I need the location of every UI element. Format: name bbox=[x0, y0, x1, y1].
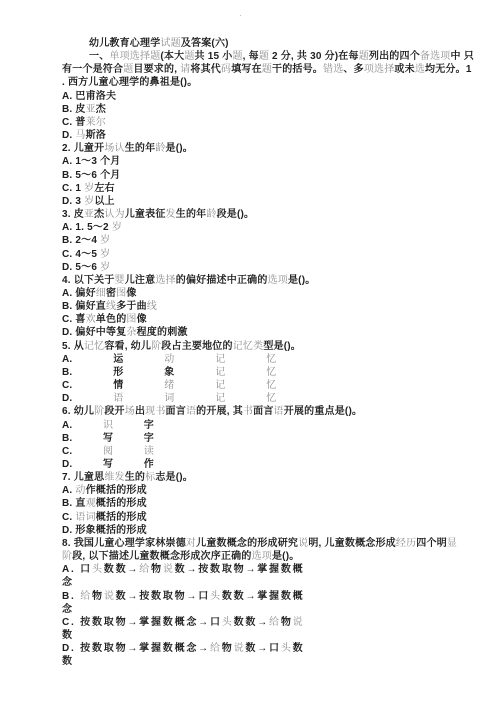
text-segment: 说 bbox=[104, 591, 116, 602]
text-segment: 维发 bbox=[104, 472, 124, 483]
text-segment: 6. 幼儿 bbox=[62, 406, 94, 417]
option-line-17: C. 4～5 岁 bbox=[62, 248, 457, 261]
option-wrap-line-48: 数 bbox=[62, 655, 457, 668]
text-segment: 物 bbox=[281, 617, 293, 628]
text-segment: D. 3 bbox=[62, 196, 84, 207]
text-segment: 给 bbox=[139, 564, 151, 575]
text-segment: 出 bbox=[135, 406, 145, 417]
option-line-45: C. 按数取物→掌握数概念→口头数数→给物说 bbox=[62, 616, 457, 629]
text-segment: 、多 bbox=[343, 64, 363, 75]
option-line-6: B. 皮亚杰 bbox=[62, 103, 457, 116]
text-segment: 婴 bbox=[115, 275, 125, 286]
text-segment: 数数→ bbox=[104, 564, 139, 575]
text-segment: A. 运 bbox=[62, 354, 164, 365]
text-segment: 记 bbox=[215, 380, 225, 391]
text-segment: 给 bbox=[210, 643, 222, 654]
text-segment: A. 偏好 bbox=[62, 288, 96, 299]
text-segment: 中 只 bbox=[451, 51, 474, 62]
text-segment bbox=[225, 393, 266, 404]
text-segment: B. 2～4 bbox=[62, 235, 100, 246]
option-line-43: B. 给物说数→按数取物→口头数数→掌握数概 bbox=[62, 590, 457, 603]
text-segment: 共 15 小 bbox=[195, 51, 233, 62]
option-line-30: A. 识 字 bbox=[62, 419, 457, 432]
text-segment: D. 写 作 bbox=[62, 459, 154, 470]
text-segment: 题 bbox=[123, 64, 133, 75]
text-segment: 题 bbox=[259, 51, 269, 62]
text-segment: 现书 bbox=[145, 406, 165, 417]
text-segment: 及答案(六) bbox=[181, 38, 229, 49]
text-segment: A. 1～3 个月 bbox=[62, 156, 120, 167]
text-segment: 说 bbox=[234, 643, 246, 654]
text-segment: 图 bbox=[126, 314, 136, 325]
text-segment: 密 bbox=[106, 288, 116, 299]
text-segment: 请 bbox=[180, 64, 190, 75]
text-segment: 是()。 bbox=[272, 551, 299, 562]
text-segment: B. 直 bbox=[62, 498, 86, 509]
text-segment: 数 bbox=[293, 643, 305, 654]
question-6-line-29: 6. 幼儿阶段开场出现书面言语的开展, 其书面言语开展的重点是()。 bbox=[62, 405, 457, 418]
text-segment: 7. 儿童思 bbox=[62, 472, 104, 483]
option-line-36: B. 直观概括的形成 bbox=[62, 497, 457, 510]
option-line-35: A. 动作概括的形成 bbox=[62, 484, 457, 497]
text-segment: 记 bbox=[215, 367, 225, 378]
text-segment: 开展的重点是()。 bbox=[284, 406, 362, 417]
text-segment: 像 bbox=[137, 314, 147, 325]
text-segment: 记 bbox=[215, 354, 225, 365]
text-segment: 题 bbox=[359, 51, 369, 62]
document-body: 幼儿教育心理学试题及答案(六)一、单项选择题(本大题共 15 小题, 每题 2 … bbox=[62, 37, 457, 669]
text-segment: 莱尔 bbox=[86, 117, 106, 128]
text-segment: 念 bbox=[62, 577, 72, 588]
option-line-15: A. 1. 5～2 岁 bbox=[62, 221, 457, 234]
text-segment: D. 形象概括的形成 bbox=[62, 525, 147, 536]
text-segment: 有一个是符合 bbox=[62, 64, 123, 75]
question-1-line-4: . 西方儿童心理学的鼻祖是()。 bbox=[62, 76, 457, 89]
text-segment: 单项选择题 bbox=[109, 51, 160, 62]
text-segment: 记忆类 bbox=[233, 341, 264, 352]
text-segment: 认为 bbox=[104, 209, 124, 220]
text-segment: 选择 bbox=[155, 275, 175, 286]
text-segment: 马 bbox=[75, 130, 85, 141]
text-segment: 对 bbox=[186, 538, 196, 549]
text-segment: 阶 bbox=[151, 341, 161, 352]
text-segment: 选 bbox=[415, 64, 425, 75]
option-line-41: A. 口头数数→给物说数→按数取物→掌握数概 bbox=[62, 563, 457, 576]
text-segment: C. bbox=[62, 512, 75, 523]
text-segment: 题 bbox=[232, 51, 242, 62]
text-segment: 4. 以下关于 bbox=[62, 275, 115, 286]
text-segment: 给 bbox=[269, 617, 281, 628]
text-segment: 单色的 bbox=[96, 314, 127, 325]
text-segment: B. 偏好直 bbox=[62, 301, 106, 312]
text-segment: 岁 bbox=[100, 262, 110, 273]
text-segment: B. 形 象 bbox=[62, 367, 215, 378]
text-segment: 发 bbox=[166, 209, 176, 220]
text-segment: D. bbox=[62, 393, 113, 404]
text-segment: 念 bbox=[62, 604, 72, 615]
text-segment: 作概括的形成 bbox=[86, 485, 147, 496]
text-segment: A. bbox=[62, 420, 103, 431]
text-segment: 目要求的, bbox=[133, 64, 180, 75]
text-segment bbox=[123, 393, 164, 404]
text-segment: 岁 bbox=[84, 196, 94, 207]
text-segment: 以上 bbox=[94, 196, 114, 207]
text-segment: 错选 bbox=[323, 64, 343, 75]
text-segment: 头 bbox=[92, 564, 104, 575]
text-segment: 试题 bbox=[160, 38, 180, 49]
option-line-31: B. 写 字 bbox=[62, 432, 457, 445]
text-segment: , 每 bbox=[243, 51, 259, 62]
text-segment: A. bbox=[62, 485, 75, 496]
text-segment: D. 按数取物→掌握数概念→ bbox=[62, 643, 210, 654]
text-segment: 段, 以下描述儿童数概念形成次序正确的 bbox=[72, 551, 251, 562]
text-segment: 或未 bbox=[394, 64, 414, 75]
text-segment: 型是()。 bbox=[263, 341, 301, 352]
option-line-8: D. 马斯洛 bbox=[62, 129, 457, 142]
text-segment: 欢 bbox=[86, 314, 96, 325]
option-line-27: C. 情 绪 记 忆 bbox=[62, 379, 457, 392]
instructions-line-3: 有一个是符合题目要求的, 请将其代码填写在题干的括号。错选、多项选择或未选均无分… bbox=[62, 63, 457, 76]
text-segment: 岁 bbox=[112, 222, 122, 233]
text-segment: 选项 bbox=[268, 275, 288, 286]
text-segment: 场 bbox=[104, 143, 114, 154]
text-segment: 说 bbox=[163, 564, 175, 575]
text-segment: 语 bbox=[274, 406, 284, 417]
question-3-line-14: 3. 皮亚杰认为儿童表征发生的年龄段是()。 bbox=[62, 208, 457, 221]
text-segment: 阅 bbox=[103, 446, 113, 457]
option-line-26: B. 形 象 记 忆 bbox=[62, 366, 457, 379]
text-segment: 题 bbox=[262, 64, 272, 75]
text-segment: 数数→掌握数概 bbox=[222, 591, 305, 602]
text-segment: D. bbox=[62, 130, 75, 141]
text-segment: 数 bbox=[62, 656, 72, 667]
text-segment bbox=[174, 354, 215, 365]
text-segment: 龄 bbox=[155, 143, 165, 154]
text-segment: 阶 bbox=[94, 406, 104, 417]
text-segment bbox=[174, 393, 215, 404]
text-segment: D. 5～6 bbox=[62, 262, 100, 273]
text-segment: B. 5～6 个月 bbox=[62, 170, 120, 181]
text-segment: 头 bbox=[210, 591, 222, 602]
text-segment: 语 bbox=[113, 393, 123, 404]
text-segment: B. 皮 bbox=[62, 104, 86, 115]
text-segment: 杰 bbox=[94, 209, 104, 220]
option-line-16: B. 2～4 岁 bbox=[62, 234, 457, 247]
option-line-20: A. 偏好细密图像 bbox=[62, 287, 457, 300]
text-segment: 认 bbox=[115, 143, 125, 154]
text-segment: 备选项 bbox=[420, 51, 451, 62]
text-segment: 一、 bbox=[89, 51, 109, 62]
text-segment: 5. 从 bbox=[62, 341, 84, 352]
text-segment: 多于曲 bbox=[116, 301, 147, 312]
text-segment: 头 bbox=[222, 617, 234, 628]
option-line-18: D. 5～6 岁 bbox=[62, 261, 457, 274]
option-line-5: A. 巴甫洛夫 bbox=[62, 90, 457, 103]
text-segment: 说 bbox=[293, 617, 305, 628]
text-segment: 将其代 bbox=[190, 64, 221, 75]
text-segment: 阶 bbox=[62, 551, 72, 562]
text-segment: 数→按数取物→口 bbox=[116, 591, 210, 602]
option-line-33: D. 写 作 bbox=[62, 458, 457, 471]
text-segment: 记忆 bbox=[84, 341, 104, 352]
text-segment: 斯洛 bbox=[86, 130, 106, 141]
text-segment: 3. 皮 bbox=[62, 209, 84, 220]
text-segment: 是()。 bbox=[166, 143, 193, 154]
page-top-mark: · bbox=[239, 11, 242, 20]
text-segment: 段开 bbox=[104, 406, 124, 417]
text-segment: 均无分。1 bbox=[425, 64, 472, 75]
text-segment: 项选择 bbox=[364, 64, 395, 75]
text-segment: 岁 bbox=[100, 249, 110, 260]
text-segment: 段占主要地位的 bbox=[161, 341, 232, 352]
question-8-line-40: 阶段, 以下描述儿童数概念形成次序正确的选项是()。 bbox=[62, 550, 457, 563]
text-segment: 生的年 bbox=[176, 209, 207, 220]
text-segment: 岁 bbox=[84, 183, 94, 194]
text-segment bbox=[113, 446, 144, 457]
text-segment: 的偏好描述中正确的 bbox=[176, 275, 268, 286]
exam-document-page: · 幼儿教育心理学试题及答案(六)一、单项选择题(本大题共 15 小题, 每题 … bbox=[0, 0, 500, 707]
text-segment: 语词 bbox=[75, 512, 95, 523]
text-segment: 明, 儿童数概念形成 bbox=[308, 538, 396, 549]
text-segment: 线 bbox=[147, 301, 157, 312]
text-segment: 经历 bbox=[396, 538, 416, 549]
option-wrap-line-46: 数 bbox=[62, 629, 457, 642]
option-line-28: D. 语 词 记 忆 bbox=[62, 392, 457, 405]
text-segment: . 西方儿童心理学的鼻祖是()。 bbox=[62, 77, 197, 88]
instructions-line-2: 一、单项选择题(本大题共 15 小题, 每题 2 分, 共 30 分)在每题列出… bbox=[62, 50, 457, 63]
text-segment: C. 情 bbox=[62, 380, 164, 391]
text-segment: 动 bbox=[164, 354, 174, 365]
text-segment: B. bbox=[62, 591, 80, 602]
option-line-37: C. 语词概括的形成 bbox=[62, 511, 457, 524]
text-segment: 程度的刺激 bbox=[137, 327, 188, 338]
text-segment: 图 bbox=[116, 288, 126, 299]
question-8-line-39: 8. 我国儿童心理学家林崇德对儿童数概念的形成研究说明, 儿童数概念形成经历四个… bbox=[62, 537, 457, 550]
option-line-12: C. 1 岁左右 bbox=[62, 182, 457, 195]
text-segment: 列出的四个 bbox=[369, 51, 420, 62]
text-segment: C. 按数取物→掌握数概念→口 bbox=[62, 617, 222, 628]
option-wrap-line-44: 念 bbox=[62, 603, 457, 616]
text-segment: 的开展, 其 bbox=[196, 406, 243, 417]
text-segment: A. 1. 5～2 bbox=[62, 222, 112, 233]
text-segment bbox=[225, 380, 266, 391]
text-segment: A. 巴甫洛夫 bbox=[62, 91, 116, 102]
question-5-line-24: 5. 从记忆容看, 幼儿阶段占主要地位的记忆类型是()。 bbox=[62, 340, 457, 353]
text-segment: 场 bbox=[125, 406, 135, 417]
text-segment: 题 bbox=[184, 51, 194, 62]
text-segment: 数数→ bbox=[234, 617, 269, 628]
option-line-25: A. 运 动 记 忆 bbox=[62, 353, 457, 366]
text-segment bbox=[225, 354, 266, 365]
text-segment bbox=[174, 380, 215, 391]
text-segment: 书 bbox=[243, 406, 253, 417]
text-segment: (本大 bbox=[160, 51, 184, 62]
option-line-32: C. 阅 读 bbox=[62, 445, 457, 458]
option-line-22: C. 喜欢单色的图像 bbox=[62, 313, 457, 326]
text-segment: 词 bbox=[164, 393, 174, 404]
text-segment: 物 bbox=[222, 643, 234, 654]
text-segment: 岁 bbox=[100, 235, 110, 246]
text-segment: 忆 bbox=[266, 380, 276, 391]
text-segment: 干的括号。 bbox=[272, 64, 323, 75]
text-segment: 记 bbox=[215, 393, 225, 404]
text-segment: 2 分, 共 30 分)在每 bbox=[269, 51, 359, 62]
option-wrap-line-42: 念 bbox=[62, 576, 457, 589]
text-segment: 忆 bbox=[266, 393, 276, 404]
text-segment: 语 bbox=[186, 406, 196, 417]
text-segment: 亚 bbox=[84, 209, 94, 220]
text-segment: A. 口 bbox=[62, 564, 92, 575]
text-segment: 观 bbox=[86, 498, 96, 509]
text-segment: 志是()。 bbox=[155, 472, 193, 483]
text-segment: 概括的形成 bbox=[96, 512, 147, 523]
title-line-1: 幼儿教育心理学试题及答案(六) bbox=[62, 37, 457, 50]
text-segment: 杰 bbox=[96, 104, 106, 115]
text-segment: 杂 bbox=[126, 327, 136, 338]
text-segment: 数→按数取物→掌握数概 bbox=[175, 564, 305, 575]
option-line-7: C. 普莱尔 bbox=[62, 116, 457, 129]
text-segment: 8. 我国儿童心理学家林崇德 bbox=[62, 538, 186, 549]
text-segment: 数→口 bbox=[245, 643, 280, 654]
text-segment: 填写在 bbox=[231, 64, 262, 75]
text-segment: D. 偏好中等复 bbox=[62, 327, 126, 338]
text-segment: C. 喜 bbox=[62, 314, 86, 325]
text-segment: 面言 bbox=[166, 406, 186, 417]
text-segment: 物 bbox=[151, 564, 163, 575]
text-segment: 标 bbox=[145, 472, 155, 483]
text-segment: 像 bbox=[126, 288, 136, 299]
text-segment: 绪 bbox=[164, 380, 174, 391]
text-segment: C. 1 bbox=[62, 183, 84, 194]
text-segment: 左右 bbox=[94, 183, 114, 194]
option-line-23: D. 偏好中等复杂程度的刺激 bbox=[62, 326, 457, 339]
text-segment: 显 bbox=[447, 538, 457, 549]
text-segment bbox=[225, 367, 266, 378]
text-segment: 数 bbox=[62, 630, 72, 641]
text-segment: 儿注意 bbox=[125, 275, 156, 286]
option-line-21: B. 偏好直线多于曲线 bbox=[62, 300, 457, 313]
text-segment: 儿童数概念的形成研究 bbox=[196, 538, 298, 549]
text-segment: 忆 bbox=[266, 354, 276, 365]
text-segment: 头 bbox=[281, 643, 293, 654]
text-segment: 儿童表征 bbox=[125, 209, 166, 220]
text-segment: 龄 bbox=[206, 209, 216, 220]
option-line-11: B. 5～6 个月 bbox=[62, 169, 457, 182]
text-segment: 字 bbox=[113, 420, 154, 431]
text-segment: C. 4～5 bbox=[62, 249, 100, 260]
text-segment: C. 普 bbox=[62, 117, 86, 128]
text-segment: 读 bbox=[144, 446, 154, 457]
text-segment: 细 bbox=[96, 288, 106, 299]
text-segment: 幼儿教育心理学 bbox=[89, 38, 160, 49]
text-segment: 亚 bbox=[86, 104, 96, 115]
text-segment: 2. 儿童开 bbox=[62, 143, 104, 154]
text-segment: 码 bbox=[221, 64, 231, 75]
text-segment: 物 bbox=[92, 591, 104, 602]
text-segment: 段是()。 bbox=[217, 209, 255, 220]
question-2-line-9: 2. 儿童开场认生的年龄是()。 bbox=[62, 142, 457, 155]
text-segment: C. bbox=[62, 446, 103, 457]
text-segment: 说 bbox=[298, 538, 308, 549]
option-line-13: D. 3 岁以上 bbox=[62, 195, 457, 208]
text-segment: 忆 bbox=[266, 367, 276, 378]
option-line-10: A. 1～3 个月 bbox=[62, 155, 457, 168]
text-segment: 选项 bbox=[252, 551, 272, 562]
text-segment: 概括的形成 bbox=[96, 498, 147, 509]
option-line-47: D. 按数取物→掌握数概念→给物说数→口头数 bbox=[62, 642, 457, 655]
text-segment: 是()。 bbox=[288, 275, 315, 286]
option-line-38: D. 形象概括的形成 bbox=[62, 524, 457, 537]
text-segment: 识 bbox=[103, 420, 113, 431]
text-segment: 容看, 幼儿 bbox=[104, 341, 151, 352]
text-segment: 线 bbox=[106, 301, 116, 312]
text-segment: 生的年 bbox=[125, 143, 156, 154]
text-segment: 四个明 bbox=[416, 538, 447, 549]
text-segment: B. 写 字 bbox=[62, 433, 154, 444]
text-segment: 生的 bbox=[125, 472, 145, 483]
question-7-line-34: 7. 儿童思维发生的标志是()。 bbox=[62, 471, 457, 484]
text-segment: 动 bbox=[75, 485, 85, 496]
text-segment: 面言 bbox=[253, 406, 273, 417]
text-segment: 给 bbox=[80, 591, 92, 602]
question-4-line-19: 4. 以下关于婴儿注意选择的偏好描述中正确的选项是()。 bbox=[62, 274, 457, 287]
